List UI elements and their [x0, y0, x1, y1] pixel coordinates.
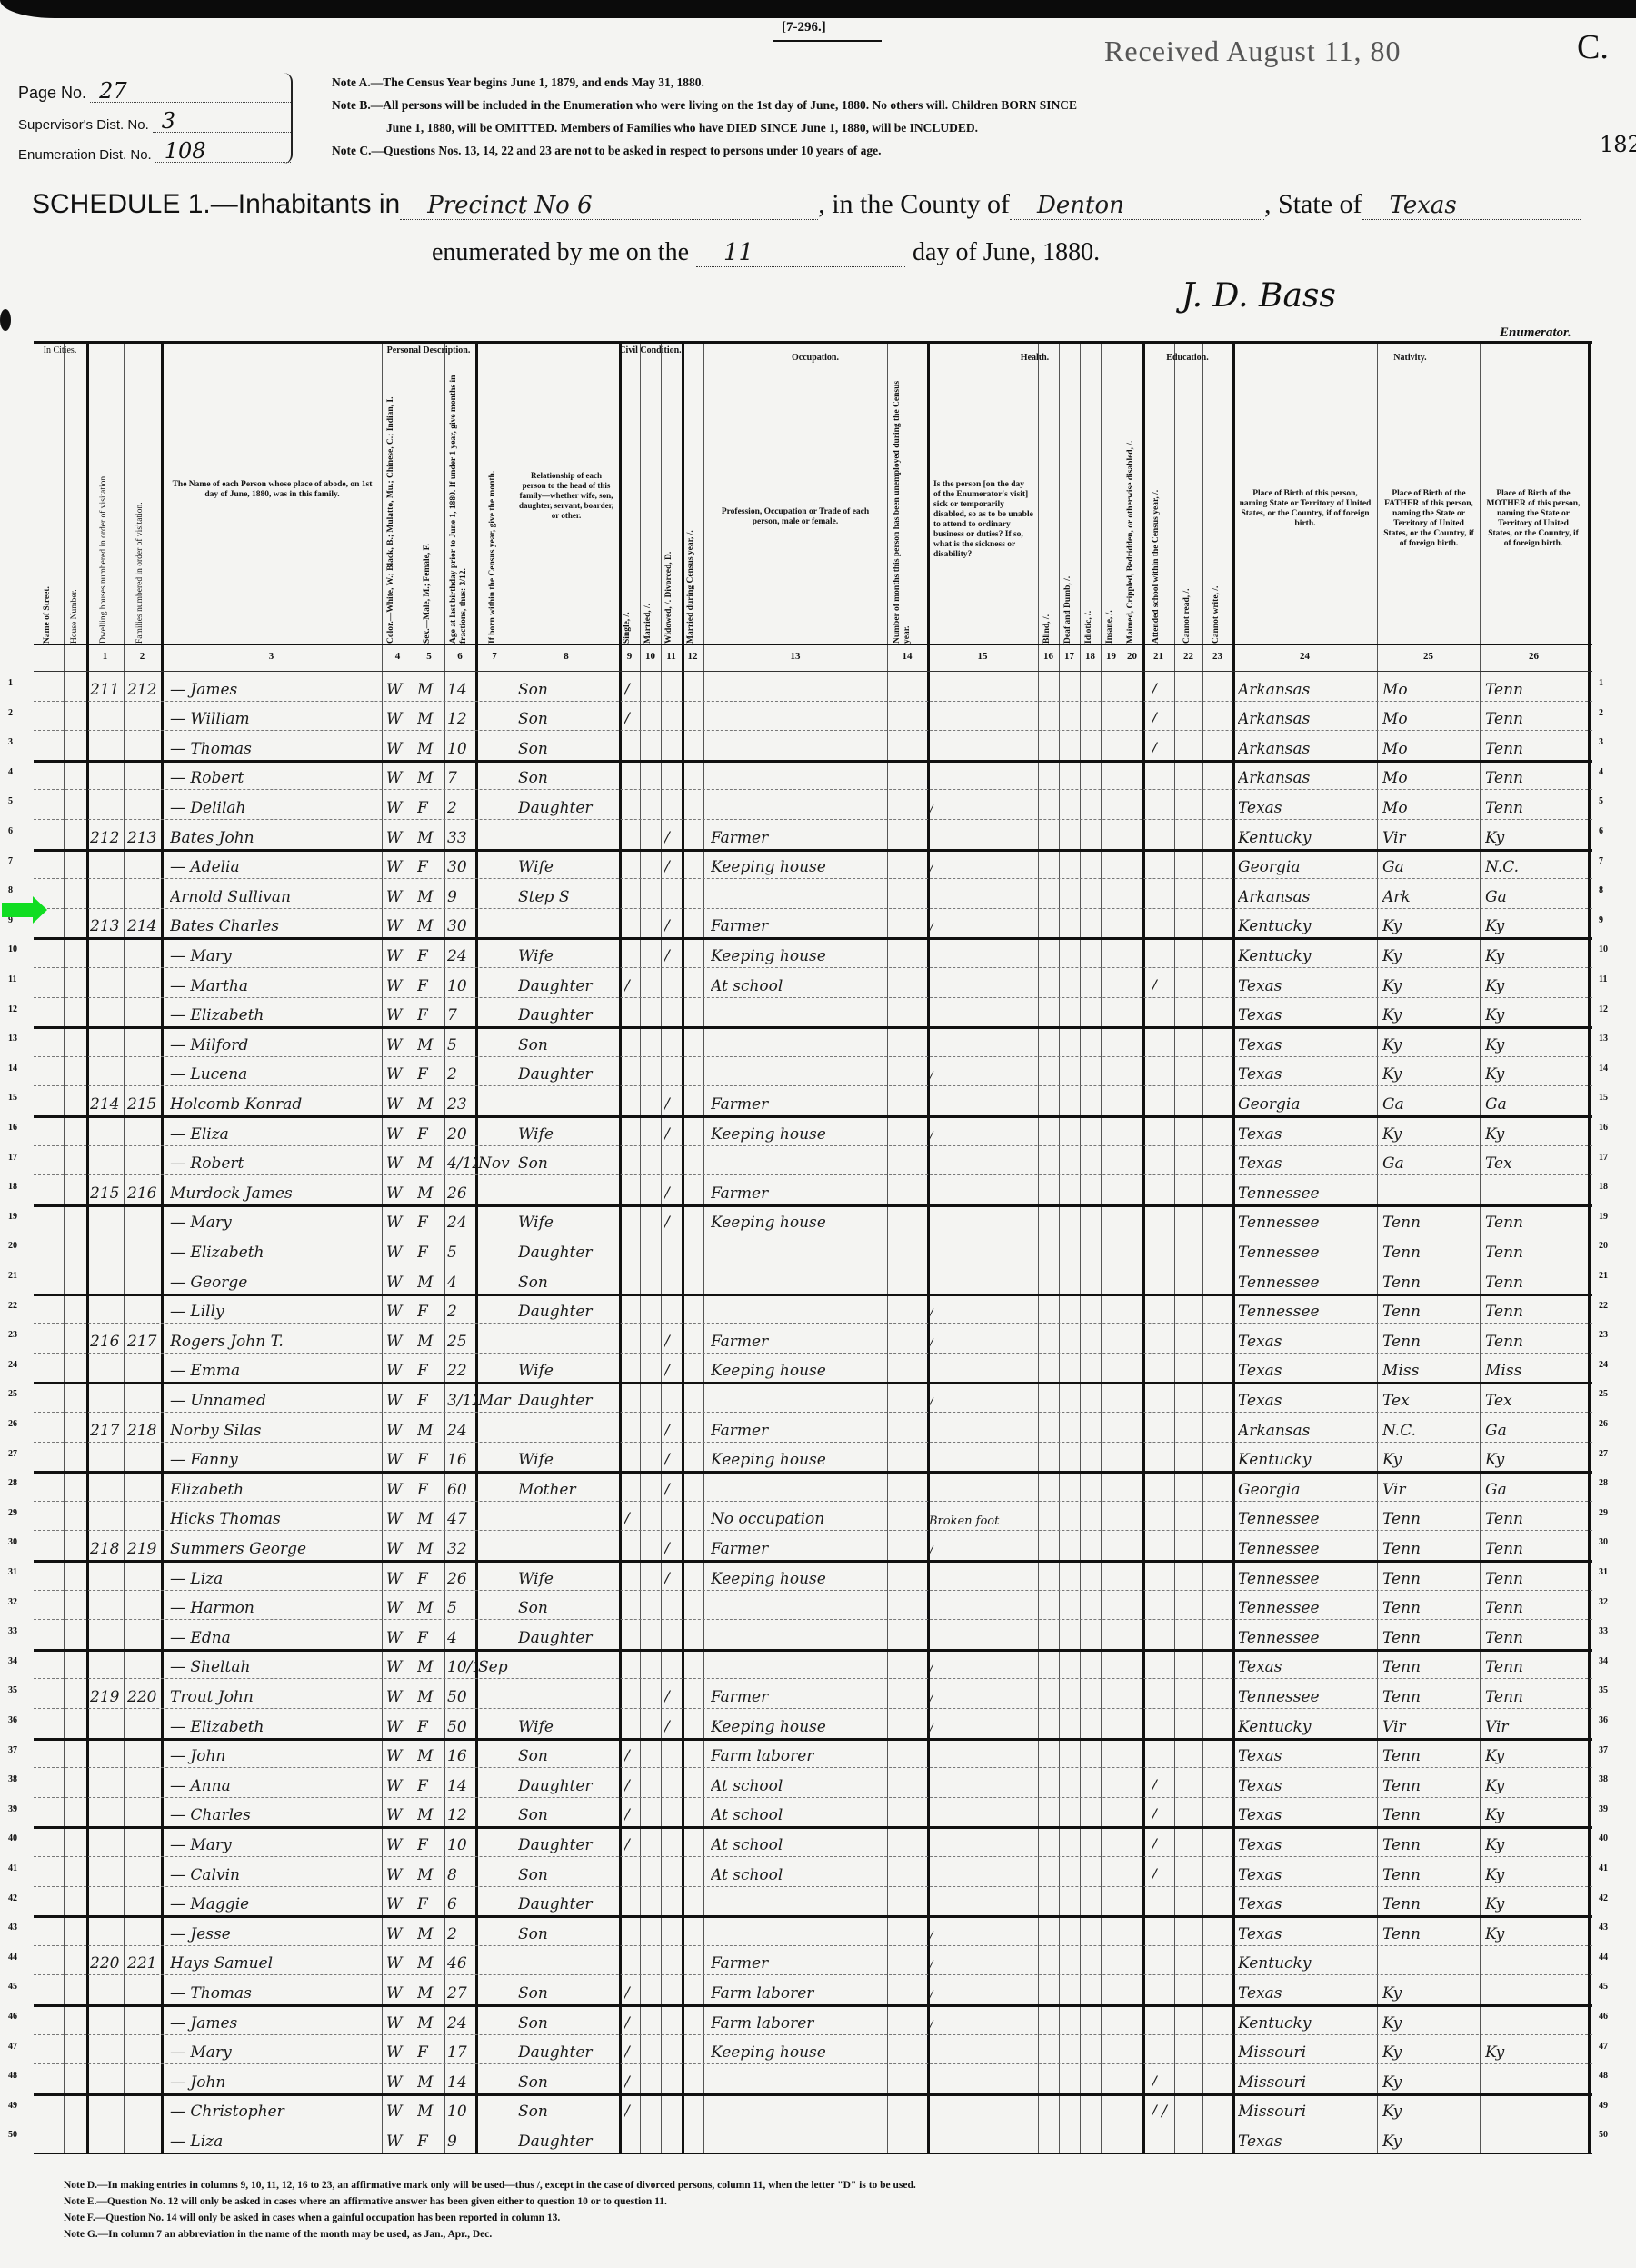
line-number-right: 21: [1599, 1271, 1608, 1281]
line-number-left: 17: [8, 1153, 17, 1163]
line-number-right: 11: [1599, 974, 1607, 984]
line-number-left: 36: [8, 1715, 17, 1725]
line-number-left: 2: [8, 708, 13, 718]
table-row: 1515214215Holcomb KonradWM23/FarmerGeorg…: [34, 1085, 1592, 1118]
received-stamp: Received August 11, 80: [1104, 35, 1402, 68]
occupation: Farmer: [711, 1333, 883, 1351]
header-family: Families numbered in order of visitation…: [135, 371, 148, 644]
table-row: 1212— ElizabethWF7DaughterTexasKyKy: [34, 997, 1592, 1030]
age: 4: [447, 1274, 475, 1292]
colnum: 26: [1480, 651, 1588, 662]
birthplace: Tennessee: [1238, 1274, 1374, 1292]
married-mark: /: [664, 1095, 679, 1114]
line-number-left: 5: [8, 796, 13, 806]
age: 4: [447, 1629, 475, 1647]
table-row: 2525— UnnamedWF3/12MarDaughter/TexasTexT…: [34, 1382, 1592, 1413]
supervisor-value: 3: [153, 110, 291, 133]
line-number-left: 30: [8, 1537, 17, 1547]
relationship: Wife: [518, 1451, 618, 1469]
age: 16: [447, 1747, 475, 1765]
father-birthplace: Ky: [1382, 1065, 1478, 1084]
birthplace: Texas: [1238, 1836, 1374, 1854]
line-number-right: 4: [1599, 767, 1603, 777]
table-row: 5050— LizaWF9DaughterTexasKy: [34, 2123, 1592, 2153]
line-number-right: 7: [1599, 856, 1603, 866]
relationship: Daughter: [518, 1629, 618, 1647]
person-name: Hicks Thomas: [170, 1510, 379, 1528]
single-mark: /: [624, 1747, 639, 1765]
father-birthplace: Tenn: [1382, 1747, 1478, 1765]
line-number-right: 22: [1599, 1301, 1608, 1311]
table-row: 2929Hicks ThomasWM47/No occupationBroken…: [34, 1501, 1592, 1532]
header-months-unemployed: Number of months this person has been un…: [893, 371, 920, 644]
person-name: — Charles: [170, 1806, 379, 1824]
person-name: — Fanny: [170, 1451, 379, 1469]
age: 33: [447, 829, 475, 847]
mother-birthplace: Tenn: [1485, 740, 1585, 758]
relationship: Wife: [518, 1570, 618, 1588]
sickness: /: [929, 1989, 1036, 2003]
single-mark: /: [624, 710, 639, 728]
line-number-left: 26: [8, 1419, 17, 1429]
father-birthplace: Tenn: [1382, 1895, 1478, 1913]
footnotes: Note D.—In making entries in columns 9, …: [64, 2177, 916, 2243]
mother-birthplace: Tenn: [1485, 710, 1585, 728]
person-name: — Martha: [170, 977, 379, 995]
line-number-left: 8: [8, 885, 13, 895]
table-row: 2626217218Norby SilasWM24/FarmerArkansas…: [34, 1412, 1592, 1443]
table-row: 4444220221Hays SamuelWM46Farmer/Kentucky: [34, 1945, 1592, 1976]
person-name: — Mary: [170, 2043, 379, 2062]
relationship: Daughter: [518, 1065, 618, 1084]
line-number-right: 15: [1599, 1093, 1608, 1103]
sex: M: [417, 1806, 444, 1824]
father-birthplace: Vir: [1382, 1481, 1478, 1499]
family-number: 219: [127, 1540, 160, 1558]
mother-birthplace: Tenn: [1485, 1510, 1585, 1528]
color: W: [386, 1451, 414, 1469]
line-number-right: 37: [1599, 1745, 1608, 1755]
line-number-left: 23: [8, 1330, 17, 1340]
line-number-left: 18: [8, 1182, 17, 1192]
mother-birthplace: Miss: [1485, 1362, 1585, 1380]
group-in-cities: In Cities.: [34, 345, 86, 355]
school-mark: /: [1152, 740, 1206, 758]
colnum: 23: [1202, 651, 1232, 662]
table-row: 1010— MaryWF24Wife/Keeping houseKentucky…: [34, 937, 1592, 968]
father-birthplace: Mo: [1382, 710, 1478, 728]
header-cannot-write: Cannot write, /.: [1212, 371, 1224, 644]
table-row: 3737— JohnWM16Son/Farm laborerTexasTennK…: [34, 1738, 1592, 1769]
married-mark: /: [664, 1718, 679, 1736]
age: 32: [447, 1540, 475, 1558]
sex: M: [417, 1540, 444, 1558]
note-b: Note B.—All persons will be included in …: [332, 94, 1077, 116]
birthplace: Arkansas: [1238, 769, 1374, 787]
line-number-left: 16: [8, 1123, 17, 1133]
single-mark: /: [624, 977, 639, 995]
sex: M: [417, 1599, 444, 1617]
sex: M: [417, 1333, 444, 1351]
age: 10: [447, 977, 475, 995]
line-number-right: 30: [1599, 1537, 1608, 1547]
single-mark: /: [624, 1777, 639, 1795]
group-health: Health.: [927, 353, 1142, 363]
header-single: Single, /.: [623, 371, 635, 644]
father-birthplace: Ky: [1382, 2043, 1478, 2062]
group-nativity: Nativity.: [1232, 353, 1588, 363]
sickness: /: [929, 2019, 1036, 2033]
line-number-right: 8: [1599, 885, 1603, 895]
color: W: [386, 858, 414, 876]
sex: M: [417, 710, 444, 728]
person-name: — Jesse: [170, 1925, 379, 1943]
sex: M: [417, 1510, 444, 1528]
birthplace: Texas: [1238, 1006, 1374, 1024]
arrow-right-icon: [33, 896, 47, 924]
person-name: Rogers John T.: [170, 1333, 379, 1351]
mother-birthplace: Vir: [1485, 1718, 1585, 1736]
line-number-right: 33: [1599, 1626, 1608, 1636]
note-a: Note A.—The Census Year begins June 1, 1…: [332, 71, 1077, 94]
mother-birthplace: Ky: [1485, 1036, 1585, 1054]
birthplace: Georgia: [1238, 858, 1374, 876]
age: 10: [447, 1836, 475, 1854]
occupation: Farmer: [711, 917, 883, 935]
header-cannot-read: Cannot read, /.: [1182, 371, 1195, 644]
column-number-row: 1 2 3 4 5 6 7 8 9 10 11 12 13 14 15 16 1…: [34, 644, 1592, 672]
line-number-left: 28: [8, 1478, 17, 1488]
sickness: Broken foot: [929, 1514, 1036, 1528]
scan-top-edge: [0, 0, 1636, 18]
table-row: 3838— AnnaWF14Daughter/At school/TexasTe…: [34, 1767, 1592, 1798]
occupation: Keeping house: [711, 1362, 883, 1380]
person-name: Norby Silas: [170, 1422, 379, 1440]
color: W: [386, 1629, 414, 1647]
table-row: 4343— JesseWM2Son/TexasTennKy: [34, 1915, 1592, 1946]
color: W: [386, 1540, 414, 1558]
line-number-left: 22: [8, 1301, 17, 1311]
birthplace: Kentucky: [1238, 947, 1374, 965]
birthplace: Texas: [1238, 977, 1374, 995]
occupation: At school: [711, 1777, 883, 1795]
color: W: [386, 1777, 414, 1795]
line-number-right: 5: [1599, 796, 1603, 806]
relationship: Son: [518, 1274, 618, 1292]
table-row: 1919— MaryWF24Wife/Keeping houseTennesse…: [34, 1204, 1592, 1235]
sickness: /: [929, 1337, 1036, 1351]
father-birthplace: Tenn: [1382, 1274, 1478, 1292]
birth-month: Sep: [478, 1658, 513, 1676]
mother-birthplace: Ky: [1485, 2043, 1585, 2062]
single-mark: /: [624, 1836, 639, 1854]
birthplace: Texas: [1238, 1392, 1374, 1410]
sex: M: [417, 829, 444, 847]
relationship: Wife: [518, 1214, 618, 1232]
line-number-right: 45: [1599, 1982, 1608, 1992]
line-number-left: 46: [8, 2012, 17, 2022]
person-name: — Liza: [170, 1570, 379, 1588]
age: 16: [447, 1451, 475, 1469]
color: W: [386, 1718, 414, 1736]
birthplace: Arkansas: [1238, 710, 1374, 728]
color: W: [386, 1244, 414, 1262]
table-row: 4848— JohnWM14Son//MissouriKy: [34, 2063, 1592, 2096]
occupation: Farm laborer: [711, 1747, 883, 1765]
birthplace: Tennessee: [1238, 1599, 1374, 1617]
table-row: 1818215216Murdock JamesWM26/FarmerTennes…: [34, 1174, 1592, 1207]
mother-birthplace: Tenn: [1485, 1688, 1585, 1706]
sex: M: [417, 681, 444, 699]
birthplace: Tennessee: [1238, 1184, 1374, 1203]
line-number-right: 23: [1599, 1330, 1608, 1340]
birthplace: Arkansas: [1238, 1422, 1374, 1440]
birthplace: Arkansas: [1238, 740, 1374, 758]
header-sickness: Is the person [on the day of the Enumera…: [933, 480, 1033, 560]
group-occupation: Occupation.: [703, 353, 927, 363]
relationship: Son: [518, 1984, 618, 2003]
header-mother-birthplace: Place of Birth of the MOTHER of this per…: [1485, 489, 1581, 549]
colnum: 16: [1038, 651, 1059, 662]
birthplace: Texas: [1238, 799, 1374, 817]
line-number-left: 3: [8, 737, 13, 747]
sex: F: [417, 1629, 444, 1647]
line-number-right: 25: [1599, 1389, 1608, 1399]
married-mark: /: [664, 1184, 679, 1203]
person-name: — Robert: [170, 1154, 379, 1173]
person-name: — William: [170, 710, 379, 728]
school-mark: /: [1152, 1836, 1206, 1854]
person-name: — Milford: [170, 1036, 379, 1054]
dwelling-number: 215: [90, 1184, 123, 1203]
age: 3/12: [447, 1392, 475, 1410]
color: W: [386, 1125, 414, 1144]
married-mark: /: [664, 1362, 679, 1380]
married-mark: /: [664, 917, 679, 935]
occupation: Keeping house: [711, 858, 883, 876]
sex: M: [417, 1954, 444, 1973]
colnum: 9: [619, 651, 640, 662]
supervisor-row: Supervisor's Dist. No. 3: [18, 103, 291, 133]
color: W: [386, 1925, 414, 1943]
age: 5: [447, 1036, 475, 1054]
father-birthplace: Tenn: [1382, 1836, 1478, 1854]
relationship: Son: [518, 1866, 618, 1884]
age: 17: [447, 2043, 475, 2062]
occupation: Farmer: [711, 1095, 883, 1114]
occupation: Farm laborer: [711, 1984, 883, 2003]
mother-birthplace: Tenn: [1485, 1274, 1585, 1292]
school-mark: /: [1152, 1806, 1206, 1824]
age: 24: [447, 947, 475, 965]
age: 8: [447, 1866, 475, 1884]
person-name: — Adelia: [170, 858, 379, 876]
line-number-right: 40: [1599, 1833, 1608, 1843]
birthplace: Texas: [1238, 1125, 1374, 1144]
mother-birthplace: Tenn: [1485, 1303, 1585, 1321]
occupation: At school: [711, 1806, 883, 1824]
header-street: Name of Street.: [43, 371, 55, 644]
line-number-right: 26: [1599, 1419, 1608, 1429]
enumeration-value: 108: [155, 140, 291, 163]
family-number: 220: [127, 1688, 160, 1706]
colnum: 4: [382, 651, 414, 662]
age: 14: [447, 2073, 475, 2092]
father-birthplace: Ga: [1382, 858, 1478, 876]
occupation: No occupation: [711, 1510, 883, 1528]
sex: F: [417, 1895, 444, 1913]
line-number-right: 17: [1599, 1153, 1608, 1163]
mother-birthplace: Ga: [1485, 1422, 1585, 1440]
colnum: 14: [887, 651, 927, 662]
sickness: /: [929, 1693, 1036, 1706]
relationship: Wife: [518, 1718, 618, 1736]
census-table: In Cities. Personal Description. Civil C…: [34, 341, 1592, 2154]
sex: M: [417, 1184, 444, 1203]
header-deaf-dumb: Deaf and Dumb, /.: [1063, 371, 1076, 644]
father-birthplace: N.C.: [1382, 1422, 1478, 1440]
dwelling-number: 214: [90, 1095, 123, 1114]
color: W: [386, 1422, 414, 1440]
county-field: Denton: [1010, 192, 1264, 220]
single-mark: /: [624, 1806, 639, 1824]
colnum: 13: [703, 651, 887, 662]
age: 9: [447, 888, 475, 906]
table-row: 11211212— JamesWM14Son//ArkansasMoTenn: [34, 671, 1592, 702]
table-row: 1717— RobertWM4/12NovSonTexasGaTex: [34, 1145, 1592, 1176]
birthplace: Kentucky: [1238, 917, 1374, 935]
header-notes: Note A.—The Census Year begins June 1, 1…: [332, 71, 1077, 162]
relationship: Daughter: [518, 1836, 618, 1854]
person-name: — Elizabeth: [170, 1006, 379, 1024]
header-house-number: House Number.: [70, 371, 83, 644]
color: W: [386, 1303, 414, 1321]
dwelling-number: 216: [90, 1333, 123, 1351]
line-number-right: 29: [1599, 1508, 1608, 1518]
color: W: [386, 1570, 414, 1588]
mother-birthplace: Tenn: [1485, 1599, 1585, 1617]
birthplace: Kentucky: [1238, 1451, 1374, 1469]
sex: F: [417, 1006, 444, 1024]
table-row: 3636— ElizabethWF50Wife/Keeping house/Ke…: [34, 1708, 1592, 1741]
sickness: /: [929, 1307, 1036, 1321]
line-number-right: 35: [1599, 1685, 1608, 1695]
age: 9: [447, 2133, 475, 2151]
dwelling-number: 219: [90, 1688, 123, 1706]
family-number: 216: [127, 1184, 160, 1203]
line-number-right: 42: [1599, 1893, 1608, 1903]
mother-birthplace: Ky: [1485, 917, 1585, 935]
enumerated-label: enumerated by me on the: [432, 238, 689, 267]
color: W: [386, 681, 414, 699]
sex: M: [417, 2103, 444, 2121]
father-birthplace: Tenn: [1382, 1777, 1478, 1795]
color: W: [386, 1895, 414, 1913]
header-name: The Name of each Person whose place of a…: [170, 480, 374, 500]
line-number-left: 6: [8, 826, 13, 836]
birthplace: Tennessee: [1238, 1214, 1374, 1232]
age: 20: [447, 1125, 475, 1144]
person-name: Holcomb Konrad: [170, 1095, 379, 1114]
birthplace: Texas: [1238, 1866, 1374, 1884]
header-attended-school: Attended school within the Census year, …: [1152, 371, 1164, 644]
color: W: [386, 947, 414, 965]
father-birthplace: Ky: [1382, 1451, 1478, 1469]
page-no-row: Page No. 27: [18, 73, 291, 103]
father-birthplace: Tenn: [1382, 1510, 1478, 1528]
table-row: 1414— LucenaWF2Daughter/TexasKyKy: [34, 1056, 1592, 1087]
color: W: [386, 1036, 414, 1054]
line-number-left: 49: [8, 2101, 17, 2111]
sex: F: [417, 799, 444, 817]
color: W: [386, 2133, 414, 2151]
table-row: 1313— MilfordWM5SonTexasKyKy: [34, 1026, 1592, 1057]
group-education: Education.: [1142, 353, 1232, 363]
age: 26: [447, 1570, 475, 1588]
sickness: /: [929, 922, 1036, 935]
age: 24: [447, 1214, 475, 1232]
table-row: 2323216217Rogers John T.WM25/Farmer/Texa…: [34, 1323, 1592, 1354]
line-number-right: 3: [1599, 737, 1603, 747]
relationship: Son: [518, 1036, 618, 1054]
enumeration-label: Enumeration Dist. No.: [18, 147, 152, 163]
father-birthplace: Mo: [1382, 799, 1478, 817]
school-mark: /: [1152, 710, 1206, 728]
line-number-left: 41: [8, 1863, 17, 1873]
sex: F: [417, 1570, 444, 1588]
father-birthplace: Ky: [1382, 1006, 1478, 1024]
birthplace: Texas: [1238, 1777, 1374, 1795]
mother-birthplace: Tenn: [1485, 1629, 1585, 1647]
father-birthplace: Tenn: [1382, 1214, 1478, 1232]
relationship: Son: [518, 2103, 618, 2121]
table-row: 1111— MarthaWF10Daughter/At school/Texas…: [34, 967, 1592, 998]
table-row: 3434— SheltahWM10/12Sep/TexasTennTenn: [34, 1649, 1592, 1680]
person-name: Trout John: [170, 1688, 379, 1706]
age: 2: [447, 1065, 475, 1084]
father-birthplace: Ky: [1382, 1984, 1478, 2003]
table-row: 4646— JamesWM24Son/Farm laborer/Kentucky…: [34, 2004, 1592, 2035]
father-birthplace: Ky: [1382, 2073, 1478, 2092]
color: W: [386, 1392, 414, 1410]
father-birthplace: Ky: [1382, 947, 1478, 965]
father-birthplace: Ky: [1382, 1036, 1478, 1054]
line-number-right: 43: [1599, 1923, 1608, 1933]
sickness: /: [929, 1070, 1036, 1084]
page-no-value: 27: [90, 80, 291, 103]
age: 10: [447, 740, 475, 758]
sex: M: [417, 917, 444, 935]
binding-hole-mark: [0, 309, 11, 331]
line-number-left: 13: [8, 1034, 17, 1044]
color: W: [386, 917, 414, 935]
person-name: — John: [170, 2073, 379, 2092]
sheet-number: 182: [1600, 132, 1636, 157]
schedule-label: SCHEDULE 1.—Inhabitants in: [32, 189, 400, 220]
age: 22: [447, 1362, 475, 1380]
table-row: 3333— EdnaWF4DaughterTennesseeTennTenn: [34, 1619, 1592, 1652]
note-f: Note F.—Question No. 14 will only be ask…: [64, 2210, 916, 2226]
sex: F: [417, 1481, 444, 1499]
line-number-left: 12: [8, 1004, 17, 1014]
school-mark: / /: [1152, 2103, 1206, 2121]
birthplace: Texas: [1238, 1747, 1374, 1765]
line-number-right: 28: [1599, 1478, 1608, 1488]
color: W: [386, 740, 414, 758]
colnum: 19: [1101, 651, 1122, 662]
sex: F: [417, 1125, 444, 1144]
place-field: Precinct No 6: [400, 192, 818, 220]
